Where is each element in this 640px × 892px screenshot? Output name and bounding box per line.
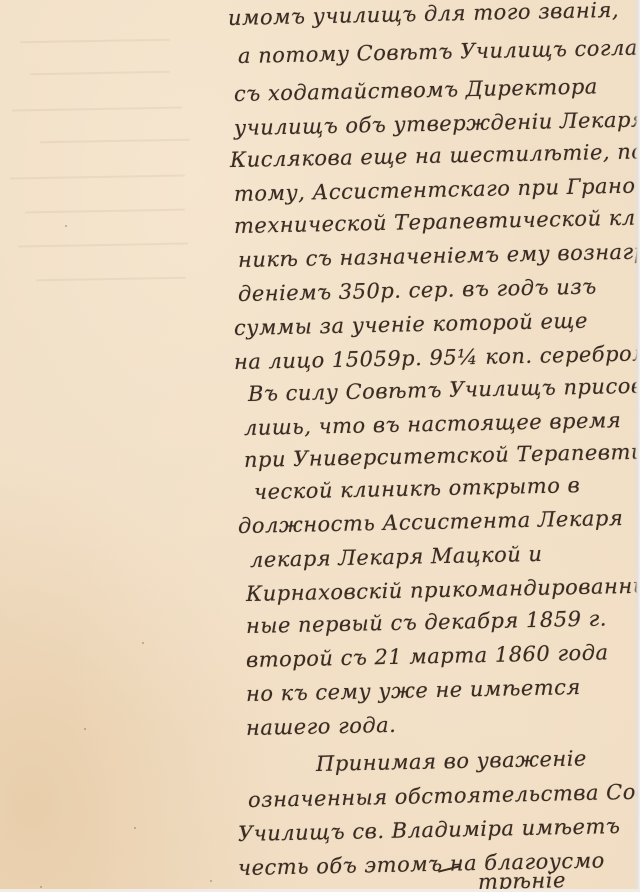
manuscript-line: Кирнаховскій прикомандированный: [246, 573, 640, 606]
manuscript-line: имомъ училищъ для того званія,: [228, 0, 620, 30]
manuscript-line: второй съ 21 марта 1860 года: [246, 640, 609, 672]
paper-speck: [210, 880, 212, 882]
manuscript-line: тому, Ассистентскаго при Грано: [234, 174, 636, 206]
manuscript-line: Училищъ св. Владиміра имѣетъ: [238, 814, 621, 846]
manuscript-line: лишь, что въ настоящее время: [244, 408, 622, 440]
paper-speck: [40, 886, 42, 888]
paper-speck: [65, 225, 67, 227]
manuscript-line: суммы за ученіе которой еще: [234, 309, 588, 340]
manuscript-line: означенныя обстоятельства Совѣтъ: [248, 778, 640, 812]
manuscript-line: при Университетской Терапевти: [244, 440, 640, 472]
manuscript-line: на лицо 15059р. 95¼ коп. серебромъ.: [234, 341, 640, 374]
manuscript-line: деніемъ 350р. сер. въ годъ изъ: [238, 274, 597, 306]
manuscript-line: технической Терапевтической кли: [234, 205, 640, 238]
manuscript-line: ные первый съ декабря 1859 г.: [246, 606, 607, 638]
manuscript-line: но къ сему уже не имѣется: [246, 675, 581, 706]
manuscript-line: Кислякова еще на шестилѣтіе, по: [230, 139, 640, 172]
manuscript-line: должность Ассистента Лекаря: [238, 506, 624, 538]
manuscript-line: нашего года.: [246, 713, 397, 740]
paper-speck: [142, 642, 144, 644]
page-right-edge: [634, 0, 640, 892]
paper-speck: [134, 827, 136, 829]
manuscript-line: ческой клиникѣ открыто в: [254, 473, 581, 504]
manuscript-line: никѣ съ назначеніемъ ему вознаграж: [238, 239, 640, 272]
paragraph-start-line: Принимая во уваженіе: [316, 746, 587, 776]
paper-speck: [84, 728, 86, 730]
manuscript-line: лекаря Лекаря Мацкой и: [250, 542, 543, 572]
manuscript-page: имомъ училищъ для того званія, а потому …: [0, 0, 640, 892]
manuscript-line: Въ силу Совѣтъ Училищъ присовокупилъ: [248, 372, 640, 406]
manuscript-line: а потому Совѣтъ Училищъ согласно: [238, 35, 640, 68]
manuscript-line: училищъ объ утвержденіи Лекаря: [234, 107, 640, 140]
manuscript-line: съ ходатайствомъ Директора: [234, 74, 598, 106]
